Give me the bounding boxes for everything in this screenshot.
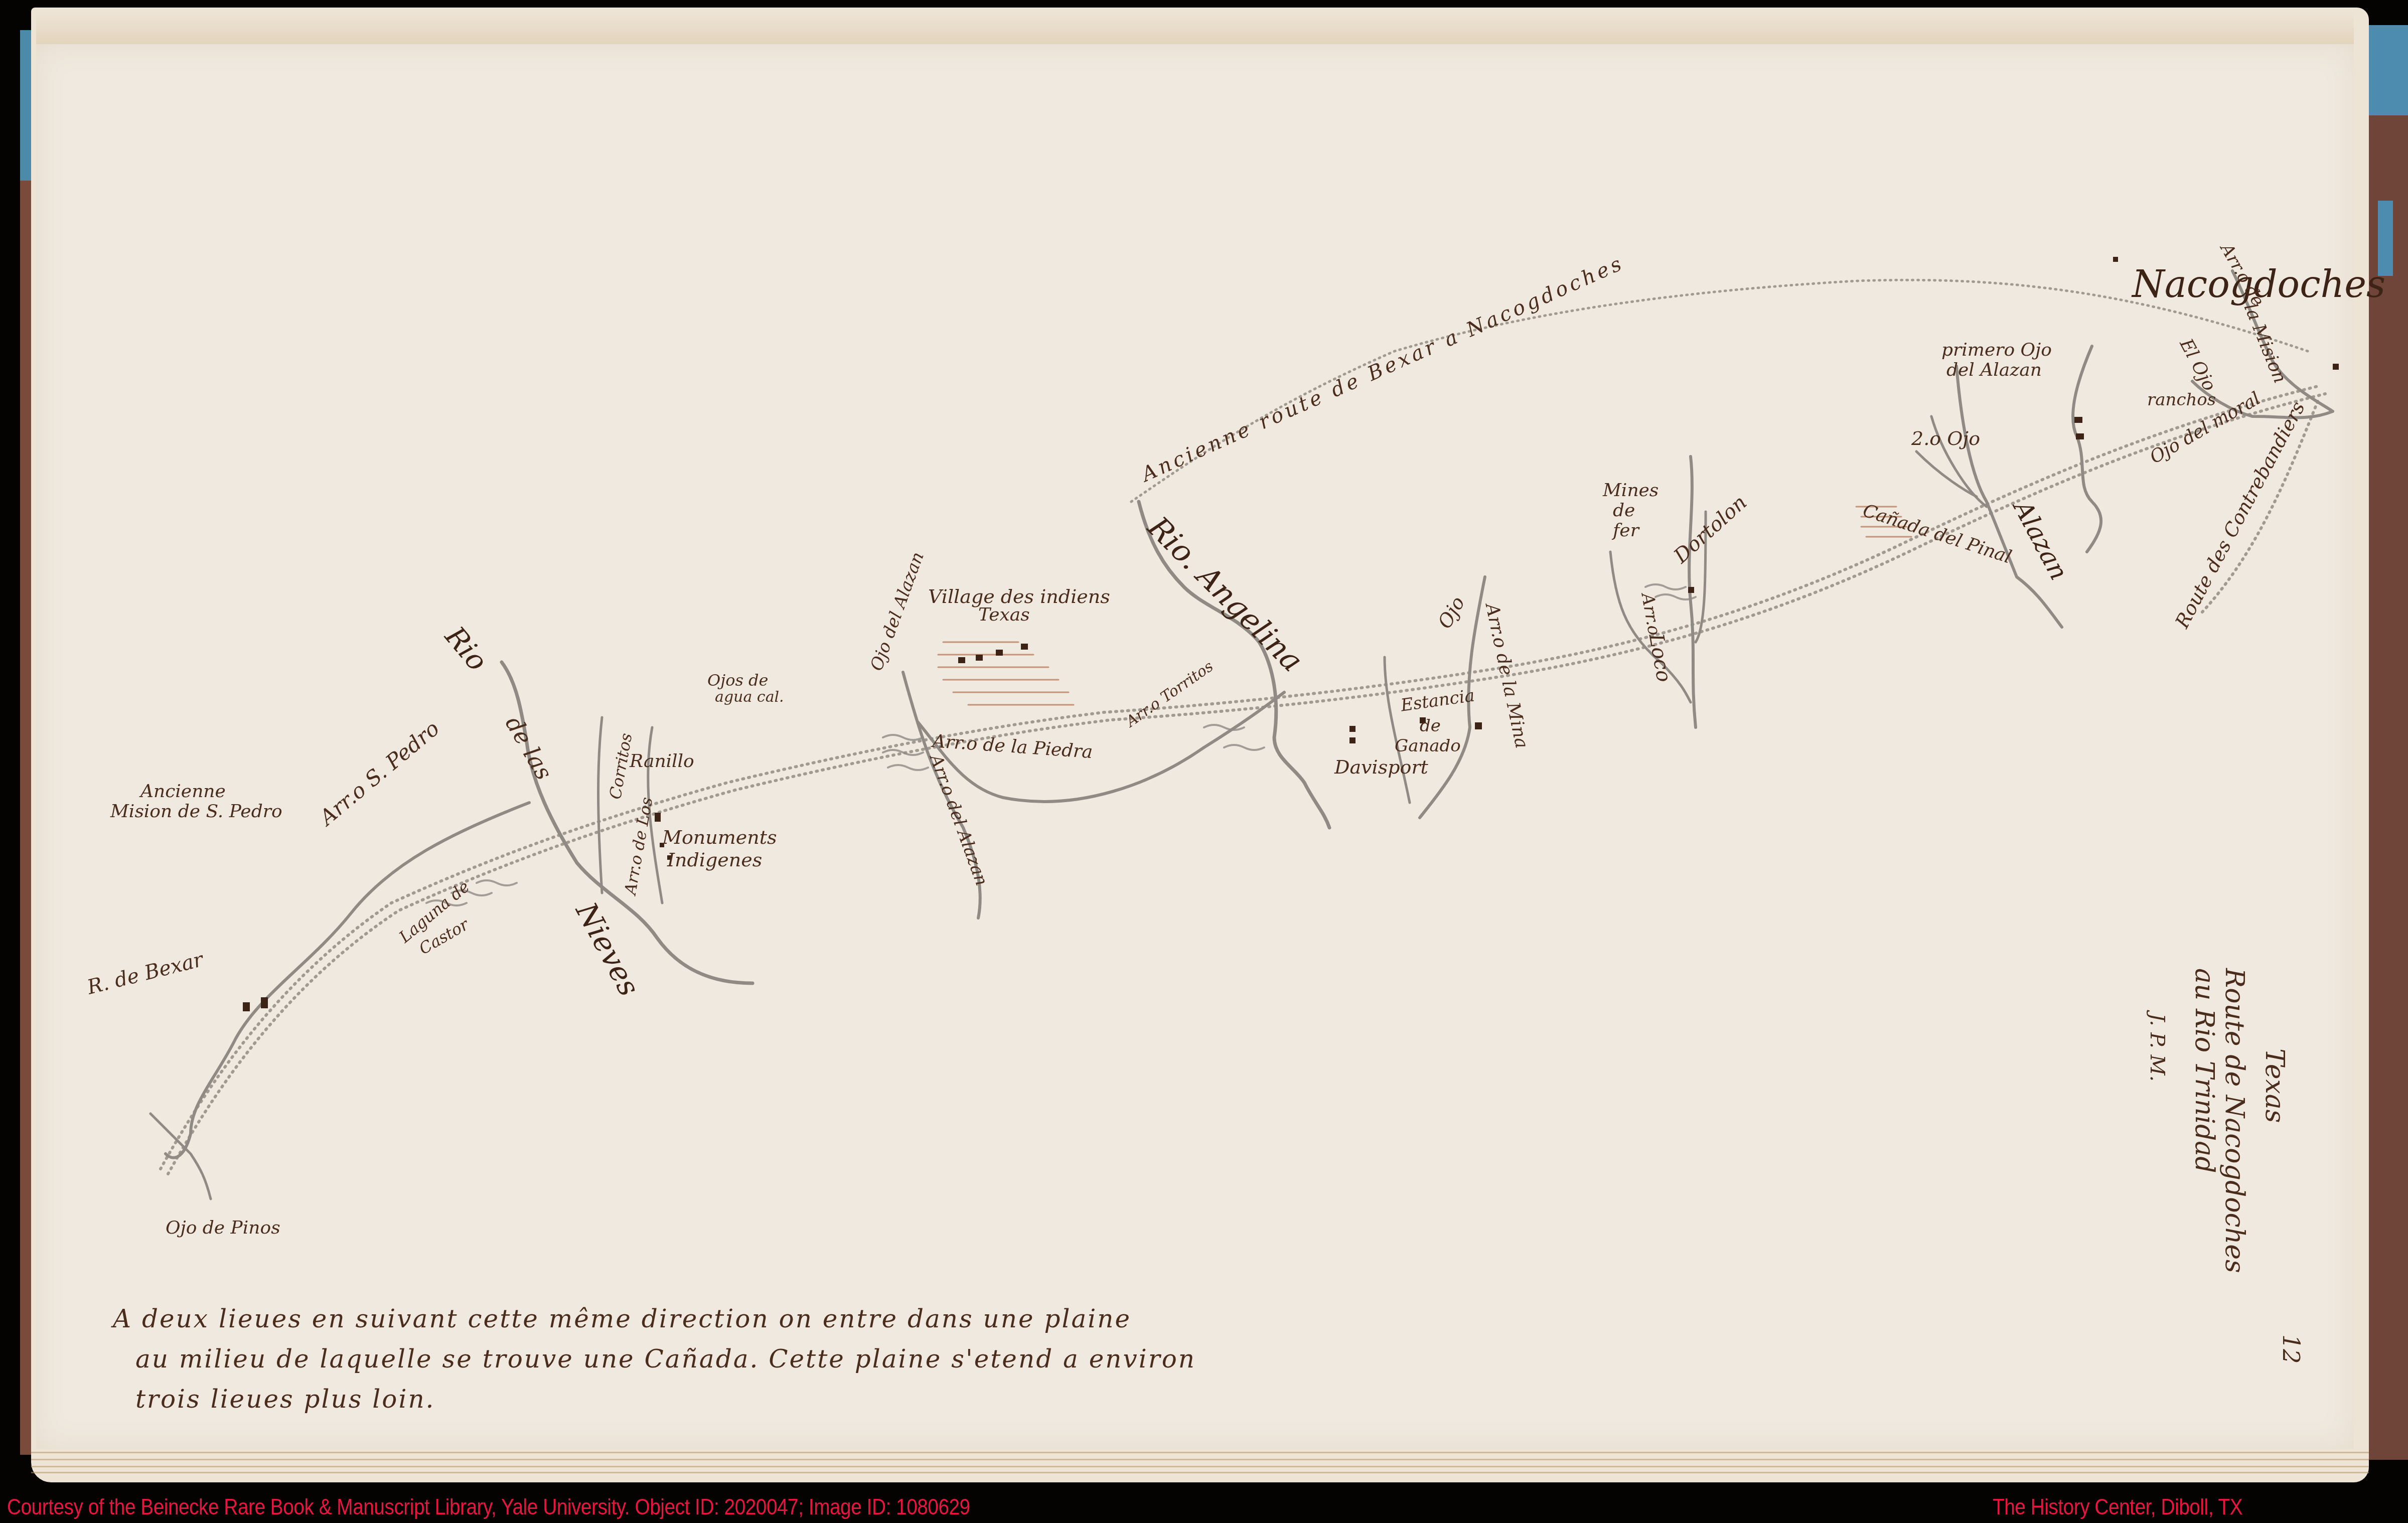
label-mines-fer: fer: [1613, 522, 1639, 540]
rio-nieves: [502, 662, 753, 983]
credit-beinecke: Courtesy of the Beinecke Rare Book & Man…: [7, 1495, 970, 1520]
map-drawing: [0, 0, 2408, 1523]
label-monuments: Monuments: [662, 828, 777, 847]
credit-history-center: The History Center, Diboll, TX: [1993, 1495, 2242, 1520]
label-agua-cal: agua cal.: [715, 690, 784, 705]
label-estancia-de: de: [1420, 717, 1441, 734]
label-estancia-ganado: Ganado: [1395, 737, 1461, 754]
main-route-line-a: [161, 386, 2318, 1169]
title-route: Route de Nacogdoches: [2221, 968, 2247, 1273]
label-village-texas: Texas: [978, 606, 1030, 624]
label-ojos-de: Ojos de: [707, 672, 768, 688]
title-initials: J. P. M.: [2147, 1013, 2167, 1082]
label-ojo-de-pinos: Ojo de Pinos: [166, 1219, 280, 1237]
label-del-alazan: del Alazan: [1946, 361, 2042, 379]
note-line-1: A deux lieues en suivant cette même dire…: [113, 1304, 1131, 1333]
label-mines-de: de: [1613, 502, 1635, 520]
label-segundo-ojo: 2.o Ojo: [1911, 429, 1980, 448]
label-mision-san-pedro: Mision de S. Pedro: [110, 803, 282, 821]
label-indigenes: Indigenes: [667, 850, 762, 869]
title-texas: Texas: [2262, 1048, 2288, 1123]
note-line-2: au milieu de laquelle se trouve une Caña…: [135, 1344, 1196, 1374]
main-route-line-b: [168, 394, 2325, 1174]
label-davisport: Davisport: [1334, 757, 1428, 777]
label-mines: Mines: [1603, 482, 1659, 500]
label-village-indiens: Village des indiens: [928, 587, 1110, 606]
label-ranillo: Ranillo: [630, 752, 694, 771]
alazan-creek: [1957, 366, 2062, 627]
title-rio-trinidad: au Rio Trinidad: [2191, 968, 2217, 1173]
page-number: 12: [2280, 1334, 2303, 1364]
note-line-3: trois lieues plus loin.: [135, 1385, 435, 1414]
label-ancienne: Ancienne: [140, 783, 226, 801]
label-ranchos: ranchos: [2147, 391, 2216, 408]
label-primero-ojo: primero Ojo: [1941, 341, 2052, 359]
contrebandiers-route-line: [2202, 401, 2318, 612]
